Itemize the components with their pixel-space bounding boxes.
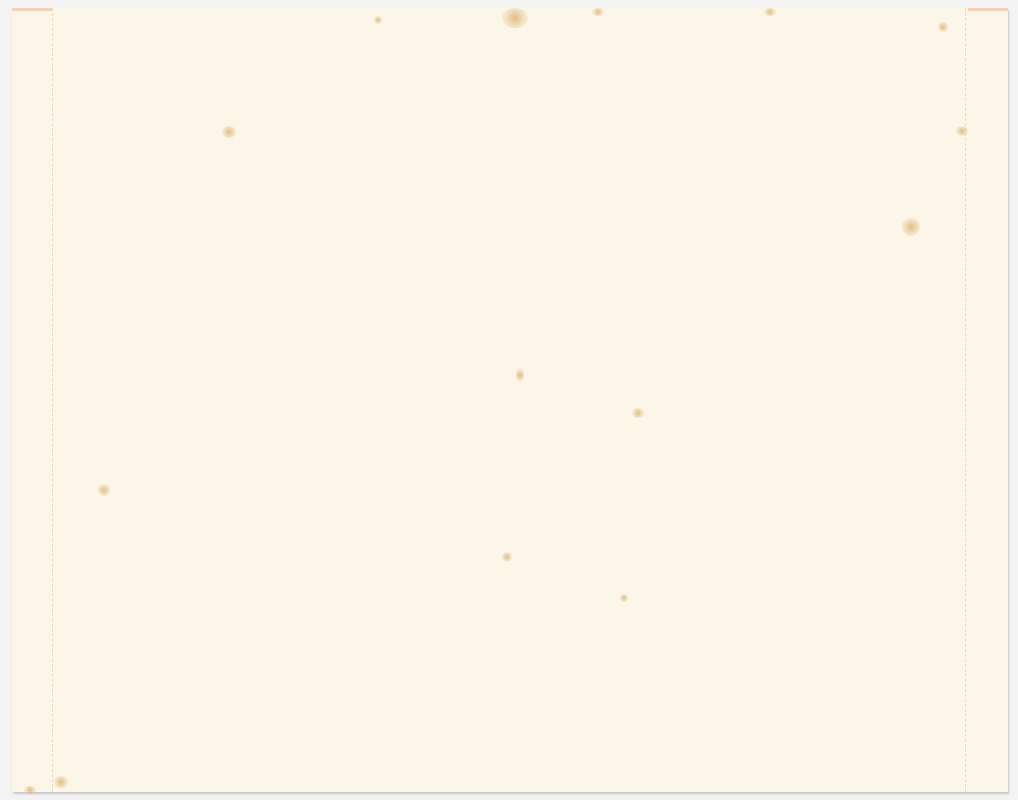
right-fold-perforation [965,8,966,792]
foxing-spot [502,8,528,28]
foxing-spot [24,786,36,794]
show-through-text [492,90,498,116]
foxing-spot [222,126,236,138]
foxing-spot [764,8,776,16]
foxing-spot [632,408,644,418]
top-edge-tint-left [12,8,52,11]
left-fold-perforation [52,8,53,792]
foxing-spot [374,16,382,24]
foxing-spot [516,368,524,382]
top-edge-tint-right [968,8,1008,11]
foxing-spot [502,552,512,562]
foxing-spot [902,218,920,236]
foxing-spot [620,594,628,602]
foxing-spot [592,8,604,16]
foxing-spot [938,22,948,32]
foxing-spot [98,484,110,496]
foxing-spot [54,776,68,788]
foxing-spot [956,126,968,136]
paper-card [12,8,1008,792]
